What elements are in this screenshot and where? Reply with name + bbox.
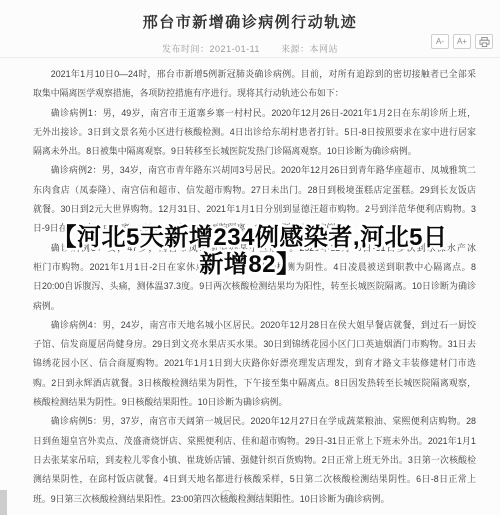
press-watermark: 人 人民日报 xyxy=(220,489,282,504)
article-line: 确诊病例1：男，49岁，南宫市王道寨乡寨一村村民。2020年12月26日-202… xyxy=(33,104,476,123)
article-line: 2021年1月10日0—24时，邢台市新增5例新冠肺炎确诊病例。目前，对所有追踪… xyxy=(33,65,476,84)
article-line: 日20:00自诉腹泻、头痛，测体温37.3度。9日两次核酸检测结果均为阳性，转至… xyxy=(33,277,476,296)
page-title: 邢台市新增确诊病例行动轨迹 xyxy=(0,11,500,32)
article-line: 子馆、信发商厦居尚健身房。29日到文亮水果店买水果。30日到锦绣花园小区门口英迪… xyxy=(33,335,476,354)
font-toolbar: A- A+ xyxy=(431,34,493,49)
article-line: 无外出接诊。3日到文景名苑小区进行核酸检测。4日出诊给东胡村患者打针。5日-8日… xyxy=(33,123,476,142)
publish-date: 发布时间：2021-01-11 xyxy=(162,44,260,54)
font-smaller-button[interactable]: A- xyxy=(431,34,449,49)
article-line: 锦绣花园小区、信合商厦购物。2021年1月1日到大庆路你好漂亮理发店理发，到育才… xyxy=(33,354,476,373)
article-line: 隔离未外出。8日被集中隔离观察。9日转移至长城医院发热门诊隔离观察。10日诊断为… xyxy=(33,142,476,161)
article-line: 确诊病例2：男，34岁，南宫市青年路东兴胡同3号居民。2020年12月26日到青… xyxy=(33,161,476,180)
source-label: 来源：本网站 xyxy=(281,44,338,54)
article-line: 确诊病例4：男，24岁，南宫市天地名城小区居民。2020年12月28日在侯大姐早… xyxy=(33,316,476,335)
headline-line-2: 新增82】 xyxy=(0,251,500,278)
article-line: 测结果阴性，在邱村饭店就餐。4日到天地名都进行核酸采样，5日第二次核酸检测结果阴… xyxy=(33,470,476,489)
article-line: 日去张某家吊唁，到麦粒儿零食小镇、崔珑娇店铺、强健针织百货购物。2日正常上班无外… xyxy=(33,451,476,470)
article-body: 2021年1月10日0—24时，邢台市新增5例新冠肺炎确诊病例。目前，对所有追踪… xyxy=(0,58,500,509)
article-meta: 发布时间：2021-01-11 来源：本网站 xyxy=(0,42,500,55)
article-line: 日到鱼翅皇宫外卖点、茂盛斋烧饼店、棠熙便利店、佳和超市购物。29日-31日正常上… xyxy=(33,432,476,451)
press-watermark-label: 人民日报 xyxy=(236,489,282,504)
headline-line-1: 【河北5天新增234例感染者,河北5日 xyxy=(0,224,500,251)
print-button[interactable] xyxy=(475,34,493,49)
headline-overlay: 【河北5天新增234例感染者,河北5日 新增82】 xyxy=(0,224,500,278)
article-line: 购。2日到永辉酒店就餐。3日核酸检测结果为阴性，下午接至集中隔离点。8日因发热转… xyxy=(33,374,476,393)
article-header: 邢台市新增确诊病例行动轨迹 发布时间：2021-01-11 来源：本网站 A- … xyxy=(0,0,500,58)
article-line: 病例。 xyxy=(33,297,476,316)
article-line: 取集中隔离医学观察措施，各项防控措施有序进行。现将其行动轨迹公布如下： xyxy=(33,84,476,103)
people-daily-logo-icon: 人 xyxy=(220,490,233,503)
article-line: 就餐。30日到2元大世界购物。12月31日、2021年1月1日分别到显德汪超市购… xyxy=(33,200,476,219)
article-page: 邢台市新增确诊病例行动轨迹 发布时间：2021-01-11 来源：本网站 A- … xyxy=(0,0,500,515)
printer-icon xyxy=(479,37,490,47)
screenshot-edge-fragment xyxy=(0,490,7,515)
font-larger-button[interactable]: A+ xyxy=(453,34,471,49)
article-line: 确诊病例5：男，37岁，南宫市天阔第一城居民。2020年12月27日在学成蔬菜粮… xyxy=(33,412,476,431)
article-line: 东肉食店（凤泰隆）、南宫信和超市、信发超市购物。27日未出门。28日到极境蛋糕店… xyxy=(33,181,476,200)
article-line: 核酸检测结果为阴性。9日核酸结果阳性。10日诊断为确诊病例。 xyxy=(33,393,476,412)
